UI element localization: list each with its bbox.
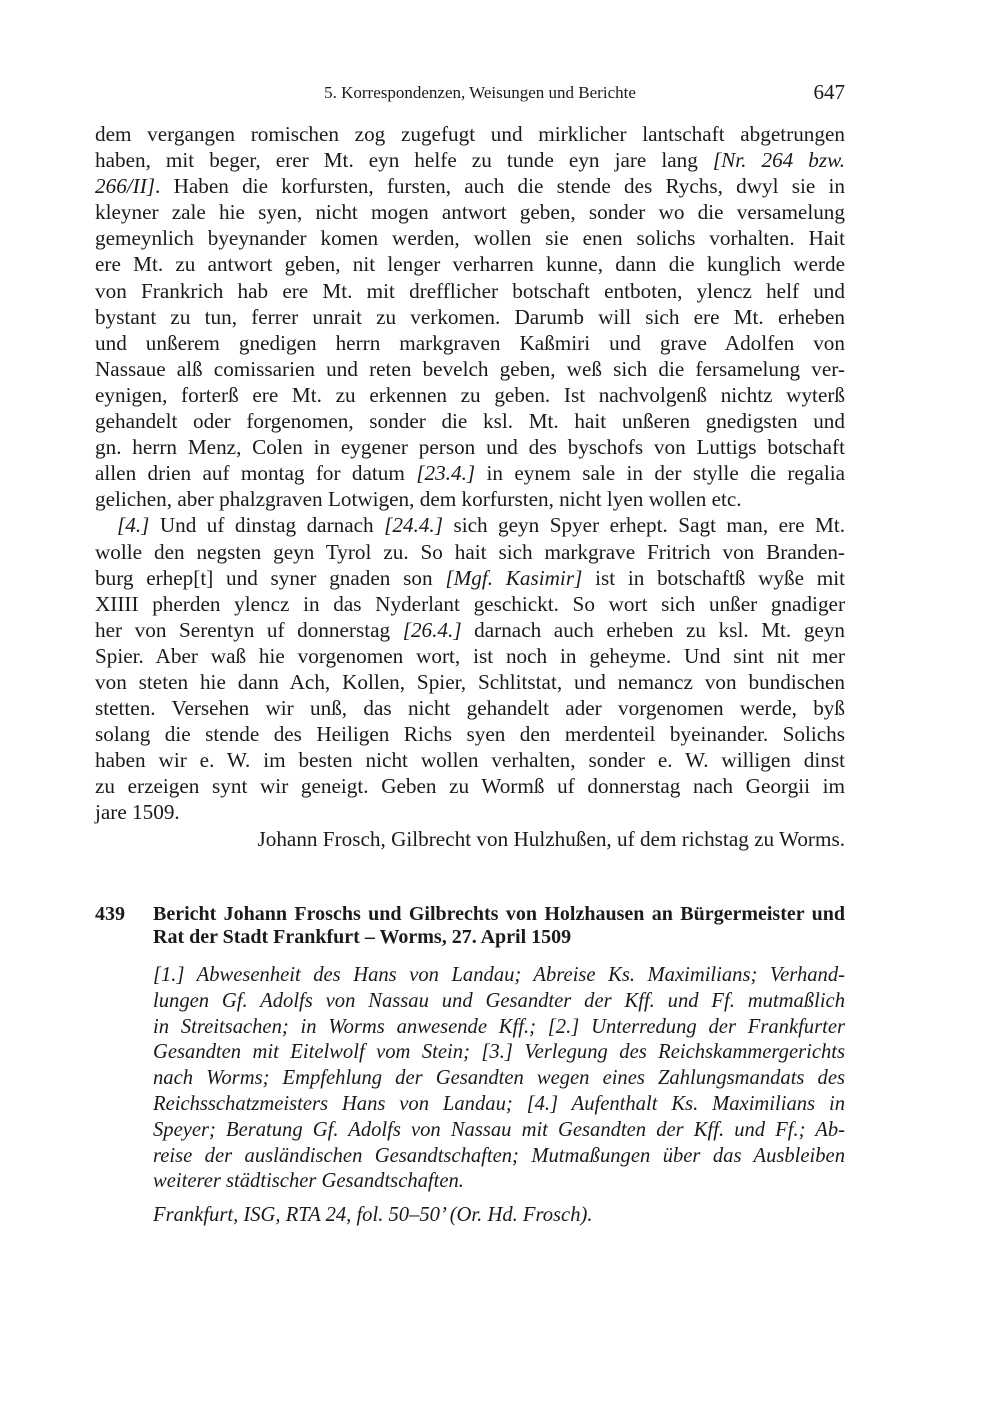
running-head: 5. Korrespondenzen, Weisungen und Berich… (95, 80, 845, 106)
regest-line: Gesandten mit Eitelwolf vom Stein; [3.] … (153, 1040, 845, 1066)
entry-heading: 439 Bericht Johann Froschs und Gilbrecht… (95, 903, 845, 949)
text-line: her von Serentyn uf donnerstag [26.4.] d… (95, 617, 845, 643)
page-number: 647 (814, 80, 846, 105)
regest-line: [1.] Abwesenheit des Hans von Landau; Ab… (153, 963, 845, 989)
entry-number: 439 (95, 903, 153, 949)
text-line: gn. herrn Menz, Colen in eygener person … (95, 434, 845, 460)
text-line: [4.] Und uf dinstag darnach [24.4.] sich… (95, 512, 845, 538)
regest-line: Reichsschatzmeisters Hans von Landau; [4… (153, 1092, 845, 1118)
date-reference: [26.4.] (403, 618, 462, 642)
text-line: ere Mt. zu antwort geben, nit lenger ver… (95, 251, 845, 277)
reference: [Nr. 264 bzw. (713, 148, 845, 172)
document-entry: 439 Bericht Johann Froschs und Gilbrecht… (95, 903, 845, 1229)
regest-line: nach Worms; Empfehlung der Gesandten weg… (153, 1066, 845, 1092)
date-reference: [24.4.] (384, 513, 443, 537)
section-marker: [4.] (117, 513, 149, 537)
title-line: Bericht Johann Froschs und Gilbrechts vo… (153, 903, 845, 926)
date-reference: [23.4.] (416, 461, 475, 485)
text-line: haben, mit beger, erer Mt. eyn helfe zu … (95, 147, 845, 173)
text-line: zu erzeigen synt wir geneigt. Geben zu W… (95, 773, 845, 799)
text-line: gelichen, aber phalzgraven Lotwigen, dem… (95, 486, 845, 512)
text-line: eynigen, forterß ere Mt. zu erkennen zu … (95, 382, 845, 408)
text-line: jare 1509. (95, 799, 845, 825)
text-line: allen drien auf montag for datum [23.4.]… (95, 460, 845, 486)
text-line: solang die stende des Heiligen Richs sye… (95, 721, 845, 747)
text-line: wolle den negsten geyn Tyrol zu. So hait… (95, 539, 845, 565)
text-line: Nassaue alß comissarien und reten bevelc… (95, 356, 845, 382)
signature: Johann Frosch, Gilbrecht von Hulzhußen, … (95, 826, 845, 852)
text-line: von Frankrich hab ere Mt. mit dreffliche… (95, 278, 845, 304)
letter-body: dem vergangen romischen zog zugefugt und… (95, 121, 845, 852)
regest-line: lungen Gf. Adolfs von Nassau und Gesandt… (153, 989, 845, 1015)
text-line: stetten. Versehen wir unß, das nicht geh… (95, 695, 845, 721)
text-line: Spier. Aber waß hie vorgenomen wort, ist… (95, 643, 845, 669)
text-line: 266/II]. Haben die korfursten, fursten, … (95, 173, 845, 199)
regest-line: Speyer; Beratung Gf. Adolfs von Nassau m… (153, 1118, 845, 1144)
reference: 266/II] (95, 174, 155, 198)
regest-line: in Streitsachen; in Worms anwesende Kff.… (153, 1015, 845, 1041)
text-line: haben wir e. W. im besten nicht wollen v… (95, 747, 845, 773)
text-line: kleyner zale hie syen, nicht mogen antwo… (95, 199, 845, 225)
text-line: und unßerem gnedigen herrn markgraven Ka… (95, 330, 845, 356)
reference: [Mgf. Kasimir] (445, 566, 582, 590)
title-line: Rat der Stadt Frankfurt – Worms, 27. Apr… (153, 926, 845, 949)
text-line: dem vergangen romischen zog zugefugt und… (95, 121, 845, 147)
entry-title: Bericht Johann Froschs und Gilbrechts vo… (153, 903, 845, 949)
text-line: von steten hie dann Ach, Kollen, Spier, … (95, 669, 845, 695)
regest-line: reise der ausländischen Gesandtschaften;… (153, 1144, 845, 1170)
text-line: gemeynlich byeynander komen werden, woll… (95, 225, 845, 251)
text-line: burg erhep[t] und syner gnaden son [Mgf.… (95, 565, 845, 591)
running-title: 5. Korrespondenzen, Weisungen und Berich… (95, 83, 845, 103)
regest-summary: [1.] Abwesenheit des Hans von Landau; Ab… (153, 963, 845, 1195)
regest-line: weiterer städtischer Gesandtschaften. (153, 1169, 845, 1195)
text-line: XIIII pherden ylencz in das Nyderlant ge… (95, 591, 845, 617)
source-citation: Frankfurt, ISG, RTA 24, fol. 50–50’ (Or.… (153, 1203, 845, 1229)
text-line: gehandelt oder forgenomen, sonder die ks… (95, 408, 845, 434)
text-line: bystant zu tun, ferrer unrait zu verkome… (95, 304, 845, 330)
